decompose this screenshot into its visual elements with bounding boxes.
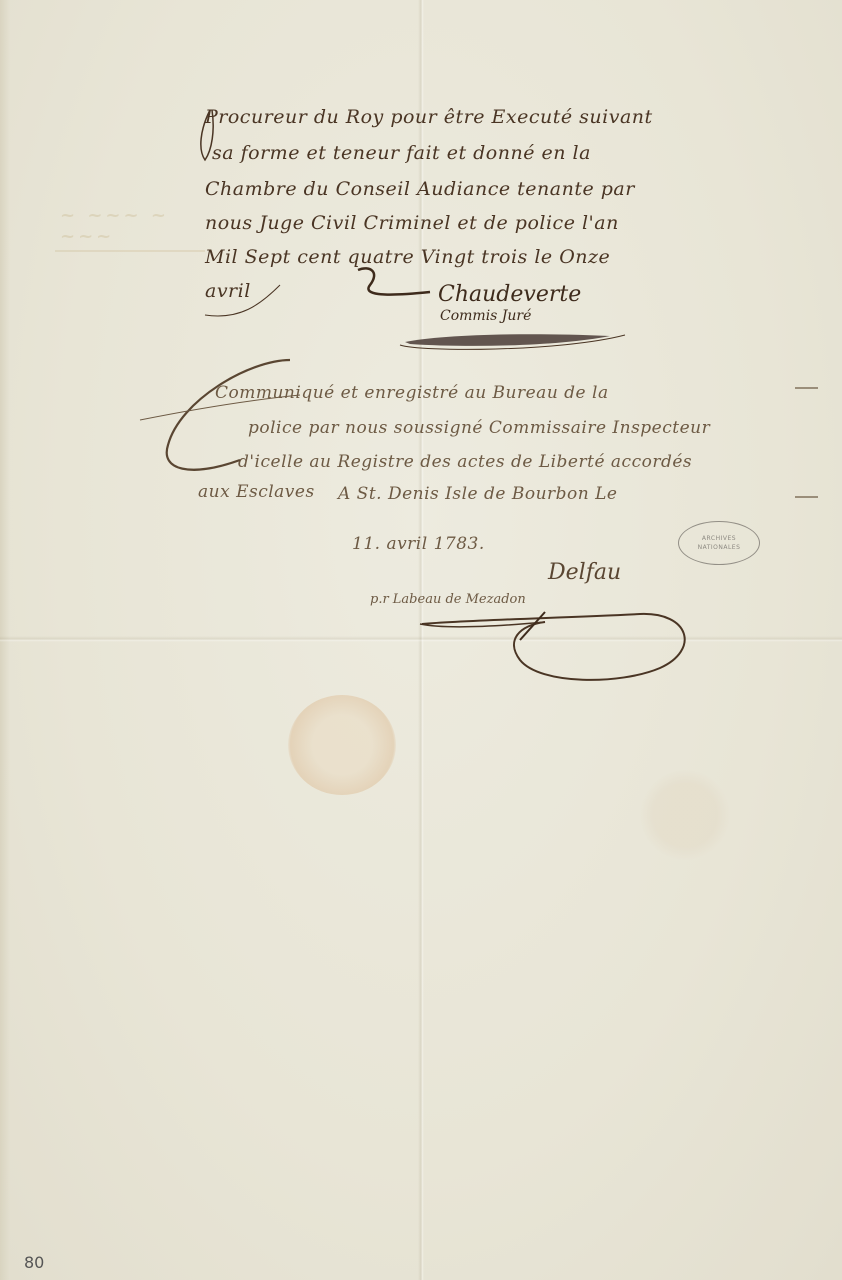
calligraphic-flourishes bbox=[0, 0, 842, 1280]
folio-number: 80 bbox=[24, 1253, 44, 1272]
registration-paraph bbox=[422, 614, 685, 680]
avril-tail bbox=[205, 285, 280, 316]
signature-l-flourish bbox=[358, 268, 430, 294]
decree-paraph bbox=[405, 334, 610, 346]
capital-c-flourish bbox=[167, 360, 290, 470]
capital-p-flourish bbox=[201, 110, 213, 160]
document-page: ~ ~~~ ~ ~~~ Procureur du Roy pour être E… bbox=[0, 0, 842, 1280]
